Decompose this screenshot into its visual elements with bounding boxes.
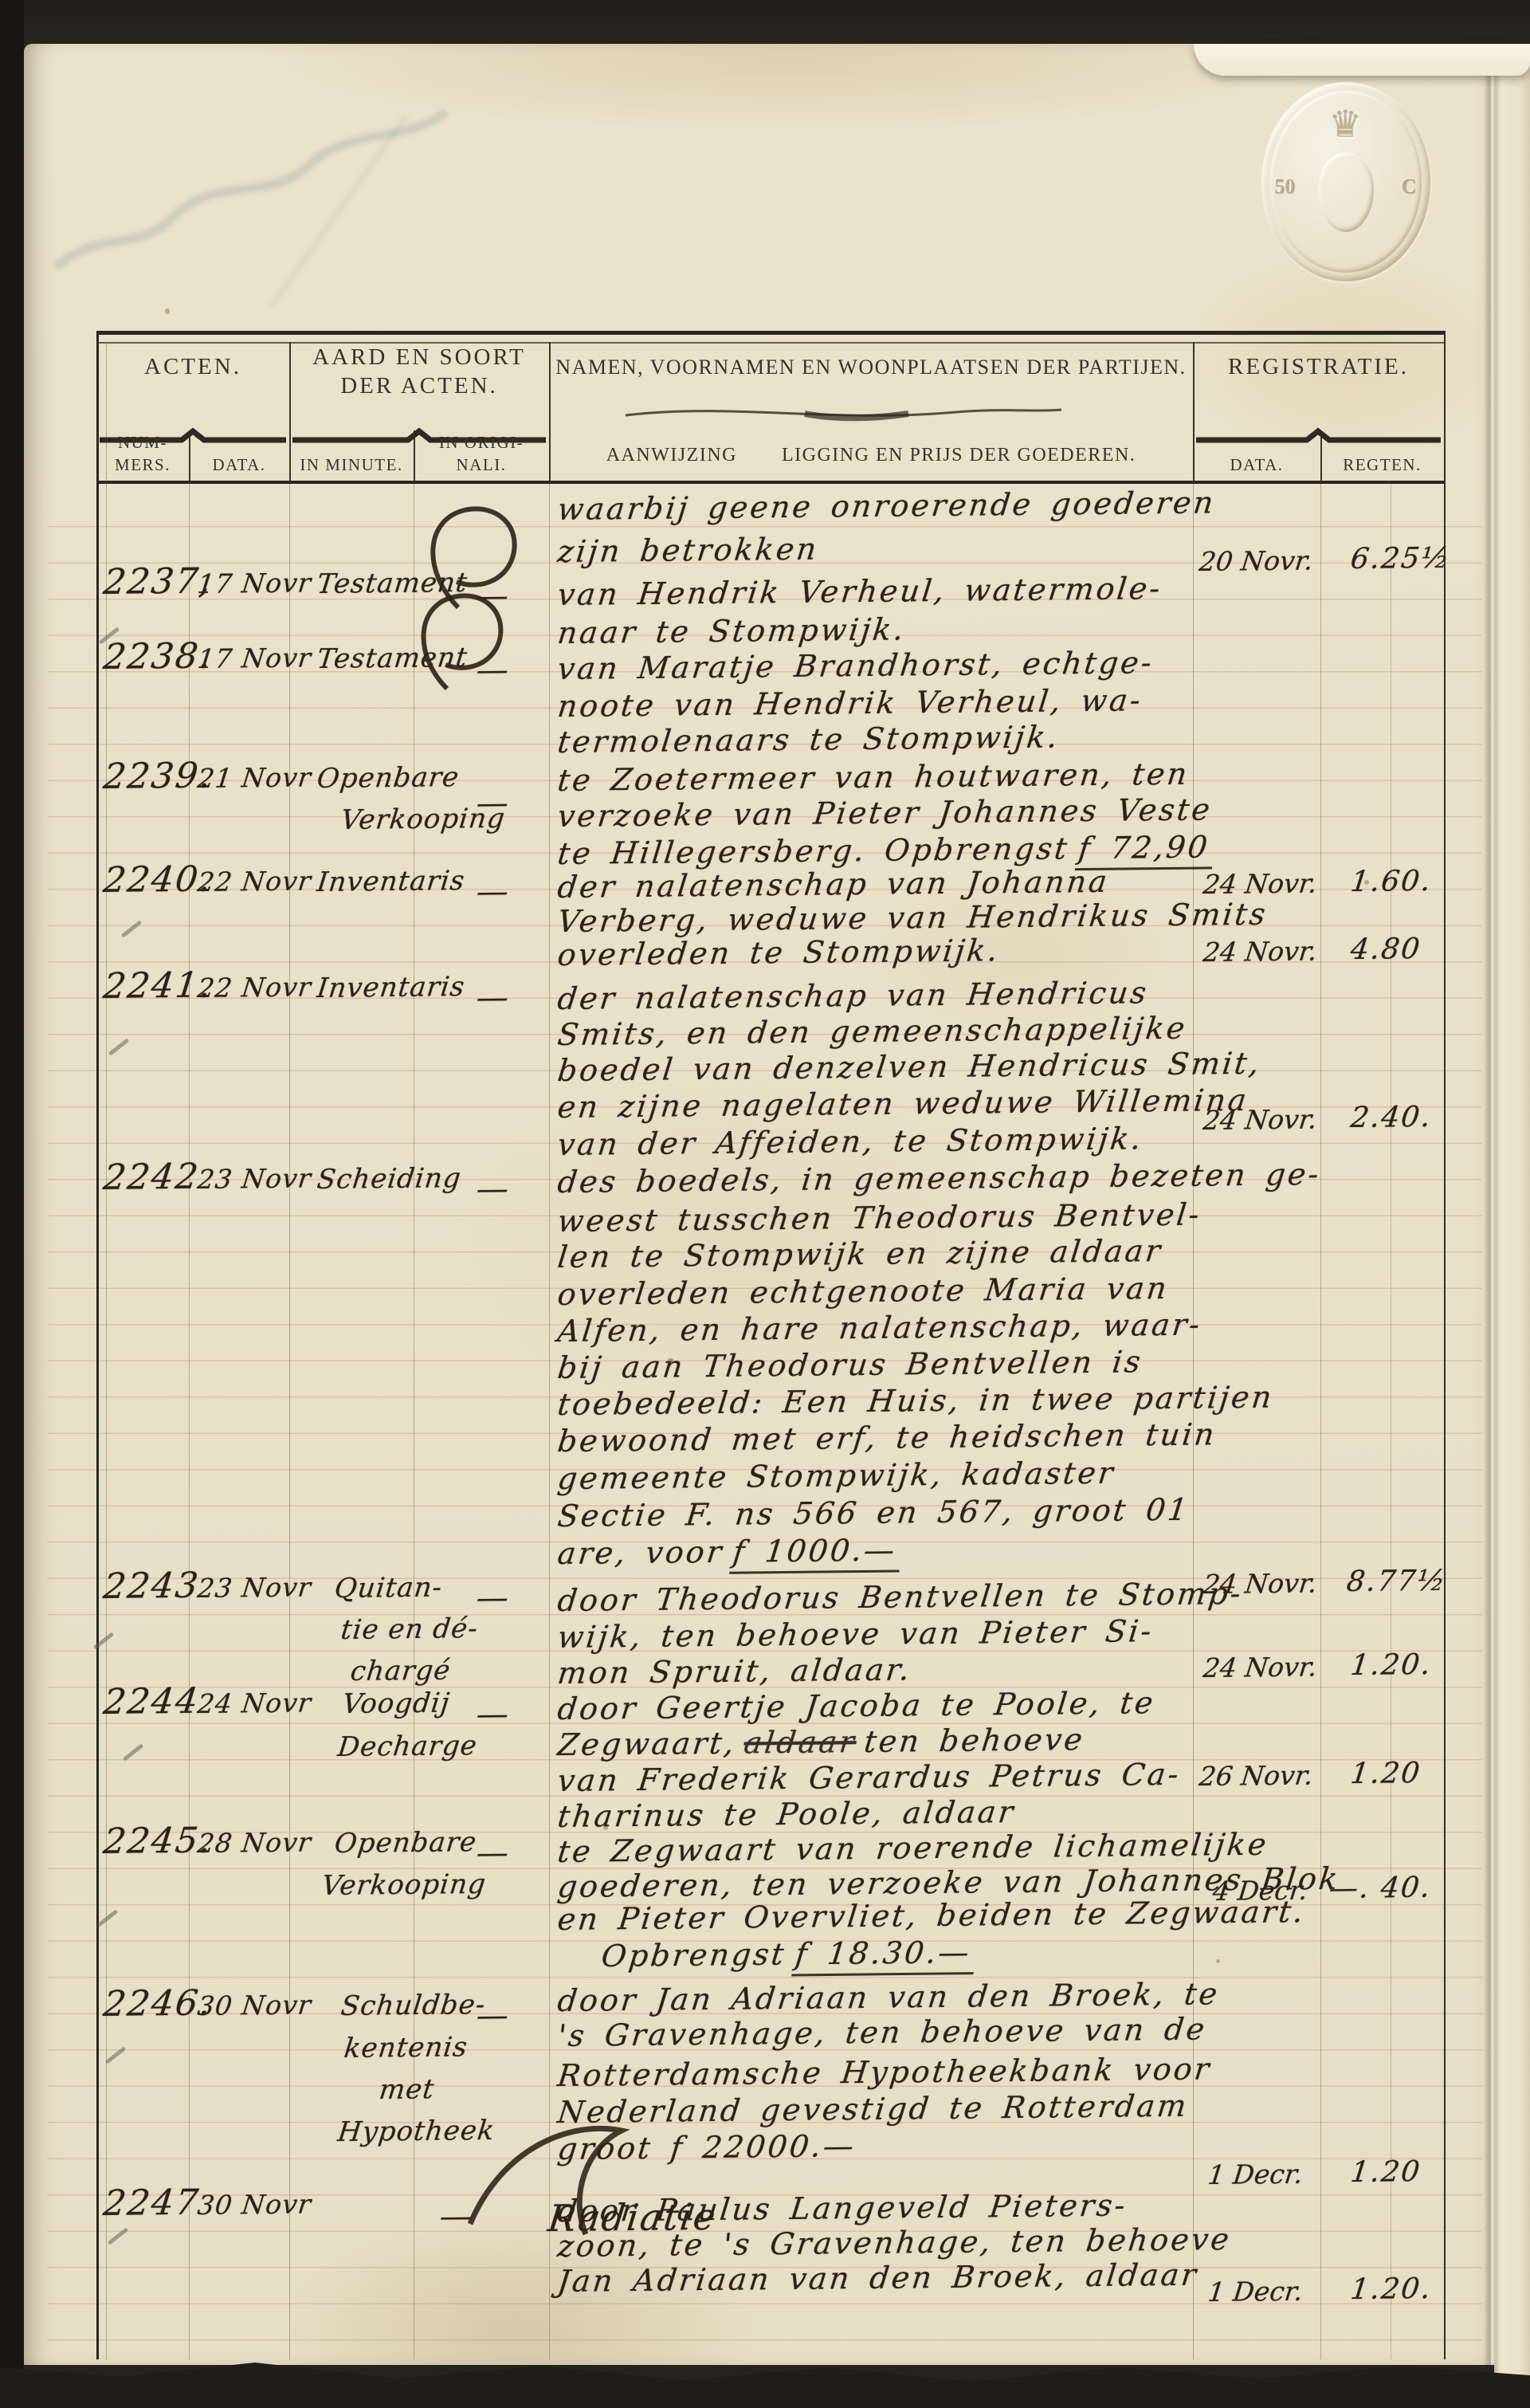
group-header-acten: ACTEN. bbox=[96, 354, 289, 380]
act-date: 22 Novr bbox=[196, 866, 313, 898]
handwritten-line: Zegwaart,aldaarten behoeve bbox=[556, 1722, 1087, 1762]
handwritten-line: boedel van denzelven Hendricus Smit, bbox=[556, 1046, 1264, 1088]
handwritten-line: mon Spruit, aldaar. bbox=[556, 1652, 914, 1691]
group-header-aard-line2: DER ACTEN. bbox=[289, 373, 549, 399]
registration-date: 24 Novr. bbox=[1202, 936, 1319, 968]
handwritten-line: naar te Stompwijk. bbox=[556, 611, 908, 650]
act-date: 28 Novr bbox=[196, 1827, 313, 1859]
handwritten-line: en zijne nagelaten weduwe Willemina bbox=[556, 1082, 1251, 1125]
handwritten-line: verzoeke van Pieter Johannes Veste bbox=[556, 792, 1214, 834]
handwritten-line: der nalatenschap van Hendricus bbox=[556, 975, 1151, 1016]
handwritten-line: Opbrengstf 18.30.— bbox=[600, 1935, 979, 1974]
col-header-nummers-line1: NUM- bbox=[96, 433, 189, 453]
act-date: 23 Novr bbox=[196, 1163, 313, 1195]
handwritten-line: Nederland gevestigd te Rotterdam bbox=[556, 2088, 1191, 2130]
act-type-line: Verkooping bbox=[320, 1868, 488, 1902]
handwritten-line: are, voorf 1000.— bbox=[556, 1532, 904, 1571]
col-header-minute: IN MINUTE. bbox=[289, 455, 414, 475]
act-originali-dash: — bbox=[474, 1696, 510, 1733]
col-header-originali-line2: NALI. bbox=[414, 455, 549, 475]
col-header-data: DATA. bbox=[189, 455, 289, 475]
page-curl bbox=[1194, 44, 1530, 76]
act-number: 2243 bbox=[101, 1565, 202, 1607]
seal-value: 50 bbox=[1274, 175, 1295, 198]
registration-amount: 6.25½ bbox=[1349, 542, 1453, 575]
handwritten-line: Verberg, weduwe van Hendrikus Smits bbox=[556, 897, 1270, 939]
handwritten-line: Smits, en den gemeenschappelijke bbox=[556, 1011, 1189, 1052]
table-top-border bbox=[96, 331, 1444, 335]
act-date: 17 Novr bbox=[196, 568, 313, 599]
registration-date: 24 Novr. bbox=[1202, 1652, 1319, 1683]
handwritten-line: noote van Hendrik Verheul, wa- bbox=[556, 682, 1145, 724]
paper-crease bbox=[1484, 44, 1497, 2365]
act-number: 2247 bbox=[101, 2182, 202, 2224]
act-type-line: chargé bbox=[349, 1655, 453, 1687]
handwritten-line: zijn betrokken bbox=[556, 532, 821, 569]
handwritten-line: overleden te Stompwijk. bbox=[556, 933, 1002, 972]
handwritten-line: Sectie F. ns 566 en 567, groot 01 bbox=[556, 1492, 1192, 1534]
handwritten-line: van der Affeiden, te Stompwijk. bbox=[556, 1121, 1146, 1162]
col-header-regten: REGTEN. bbox=[1320, 455, 1444, 475]
handwritten-line: 's Gravenhage, ten behoeve van de bbox=[556, 2011, 1209, 2053]
act-type-line: kentenis bbox=[343, 2031, 469, 2064]
act-type-line: Quitan- bbox=[333, 1572, 445, 1605]
act-originali-dash: — bbox=[474, 1998, 510, 2034]
registration-date: 26 Novr. bbox=[1198, 1760, 1315, 1792]
table-right-border bbox=[1444, 331, 1446, 2359]
act-type-line: Schuldbe- bbox=[339, 1989, 488, 2022]
registration-date: 1 Decr. bbox=[1206, 2276, 1304, 2308]
registration-amount: 1.20. bbox=[1349, 1648, 1434, 1682]
registration-date: 20 Novr. bbox=[1198, 545, 1315, 577]
act-date: 22 Novr bbox=[196, 972, 313, 1004]
handwritten-line: termolenaars te Stompwijk. bbox=[556, 719, 1062, 760]
act-type-line: Inventaris bbox=[316, 971, 467, 1004]
seal-currency: C bbox=[1401, 175, 1416, 198]
act-originali-dash: — bbox=[474, 1580, 510, 1616]
registration-amount: 2.40. bbox=[1349, 1101, 1434, 1134]
scanned-register-page: ♛ 50 C ACTEN. AARD EN SOORT DER ACTEN. N… bbox=[0, 0, 1530, 2408]
col-rule-6 bbox=[1320, 484, 1321, 2359]
act-type-line: Scheiding bbox=[316, 1162, 463, 1196]
registration-date: 4 Decr. bbox=[1211, 1875, 1309, 1907]
act-date: 23 Novr bbox=[196, 1572, 313, 1604]
act-type-line: Voogdij bbox=[341, 1687, 452, 1720]
group-header-registratie: REGISTRATIE. bbox=[1193, 354, 1444, 380]
handwritten-line: van Hendrik Verheul, watermole- bbox=[556, 571, 1164, 612]
handwritten-line: gemeente Stompwijk, kadaster bbox=[556, 1455, 1117, 1496]
act-type-line: Inventaris bbox=[316, 865, 467, 898]
handwritten-line: waarbij geene onroerende goederen bbox=[556, 485, 1218, 527]
col-rule-cents bbox=[1391, 484, 1391, 2359]
struck-word: aldaar bbox=[742, 1724, 858, 1760]
registration-amount: 1.20 bbox=[1349, 1757, 1423, 1790]
act-type-line: tie en dé- bbox=[339, 1613, 480, 1646]
seal-crown-icon: ♛ bbox=[1261, 103, 1430, 146]
col-header-data2: DATA. bbox=[1193, 455, 1320, 475]
registration-date: 24 Novr. bbox=[1202, 868, 1319, 900]
group-header-aard-line1: AARD EN SOORT bbox=[289, 344, 549, 371]
underlined-amount: f 18.30.— bbox=[791, 1935, 978, 1976]
paper-speck bbox=[1216, 1959, 1220, 1963]
handwritten-line: van Maratje Brandhorst, echtge- bbox=[556, 645, 1156, 686]
handwritten-line: Jan Adriaan van den Broek, aldaar bbox=[556, 2257, 1201, 2299]
group-header-namen: NAMEN, VOORNAMEN EN WOONPLAATSEN DER PAR… bbox=[549, 356, 1193, 379]
scanner-background-left bbox=[0, 0, 24, 2408]
ink-bleedthrough bbox=[32, 68, 478, 331]
registration-date: 1 Decr. bbox=[1206, 2159, 1304, 2190]
registration-date: 24 Novr. bbox=[1202, 1104, 1319, 1136]
col-header-originali-line1: IN ORIGI- bbox=[414, 433, 549, 453]
handwritten-line: weest tusschen Theodorus Bentvel- bbox=[556, 1197, 1204, 1239]
paper-speck bbox=[165, 308, 170, 314]
paper-speck bbox=[1364, 880, 1369, 885]
act-originali-dash: — bbox=[474, 785, 510, 822]
handwritten-line: bewoond met erf, te heidschen tuin bbox=[556, 1416, 1218, 1459]
handwritten-line: door Theodorus Bentvellen te Stomp- bbox=[556, 1576, 1246, 1618]
table-left-border bbox=[96, 331, 99, 2359]
paper-speck bbox=[603, 1826, 608, 1830]
table-top-inner-border bbox=[96, 342, 1444, 344]
registration-amount: 8.77½ bbox=[1345, 1565, 1449, 1598]
handwritten-line: door Geertje Jacoba te Poole, te bbox=[556, 1685, 1158, 1726]
act-number: 2242 bbox=[101, 1157, 202, 1198]
registration-amount: —. 40. bbox=[1328, 1872, 1434, 1905]
handwritten-line: len te Stompwijk en zijne aldaar bbox=[556, 1233, 1165, 1275]
registration-amount: 1.20 bbox=[1349, 2155, 1423, 2189]
act-date: 24 Novr bbox=[196, 1687, 313, 1719]
act-date: 30 Novr bbox=[196, 2189, 313, 2221]
handwritten-line: te Hillegersberg. Opbrengstf 72,90 bbox=[556, 829, 1217, 871]
registration-amount: 4.80 bbox=[1349, 933, 1423, 966]
handwritten-line: Rotterdamsche Hypotheekbank voor bbox=[556, 2051, 1214, 2093]
handwritten-line: te Zoetermeer van houtwaren, ten bbox=[556, 756, 1191, 798]
handwritten-line: wijk, ten behoeve van Pieter Si- bbox=[556, 1613, 1155, 1655]
act-type-line: Decharge bbox=[336, 1730, 479, 1763]
col-header-nummers-line2: MERS. bbox=[96, 455, 189, 475]
act-originali-dash: — bbox=[474, 980, 510, 1016]
handwritten-line: overleden echtgenoote Maria van bbox=[556, 1271, 1171, 1312]
handwritten-line: tharinus te Poole, aldaar bbox=[556, 1794, 1018, 1834]
registration-amount: 1.20. bbox=[1349, 2272, 1434, 2306]
next-page-edge bbox=[1494, 44, 1530, 2379]
header-bottom-border bbox=[96, 481, 1444, 484]
col-header-aanwijzing: AANWIJZINGLIGGING EN PRIJS DER GOEDEREN. bbox=[549, 445, 1193, 466]
handwritten-line: van Frederik Gerardus Petrus Ca- bbox=[556, 1757, 1183, 1798]
handwritten-line: Alfen, en hare nalatenschap, waar- bbox=[556, 1307, 1204, 1349]
act-date: 30 Novr bbox=[196, 1990, 313, 2021]
act-date: 21 Novr bbox=[196, 762, 313, 794]
brace-registratie bbox=[1195, 429, 1442, 445]
radiatie-flourish bbox=[458, 2116, 641, 2236]
handwritten-line: door Paulus Langeveld Pieters- bbox=[556, 2188, 1130, 2229]
paper-speck bbox=[668, 1358, 673, 1363]
act-number: 2244 bbox=[101, 1681, 202, 1723]
act-type-line: Openbare bbox=[333, 1826, 479, 1860]
act-type-line: Openbare bbox=[316, 761, 461, 795]
act-originali-dash: — bbox=[474, 1835, 510, 1872]
col-rule-4 bbox=[549, 484, 550, 2359]
act-date: 17 Novr bbox=[196, 642, 313, 674]
registration-date: 24 Novr. bbox=[1202, 1568, 1319, 1600]
handwritten-line: bij aan Theodorus Bentvellen is bbox=[556, 1344, 1145, 1385]
act-type-line: met bbox=[378, 2073, 437, 2106]
header-swash bbox=[622, 403, 1068, 425]
act-originali-dash: — bbox=[474, 1171, 510, 1208]
paraph-flourish bbox=[394, 583, 546, 695]
underlined-amount: f 1000.— bbox=[729, 1532, 904, 1573]
act-originali-dash: — bbox=[474, 874, 510, 910]
registration-amount: 1.60. bbox=[1349, 865, 1434, 898]
embossed-seal: ♛ 50 C bbox=[1261, 82, 1430, 281]
